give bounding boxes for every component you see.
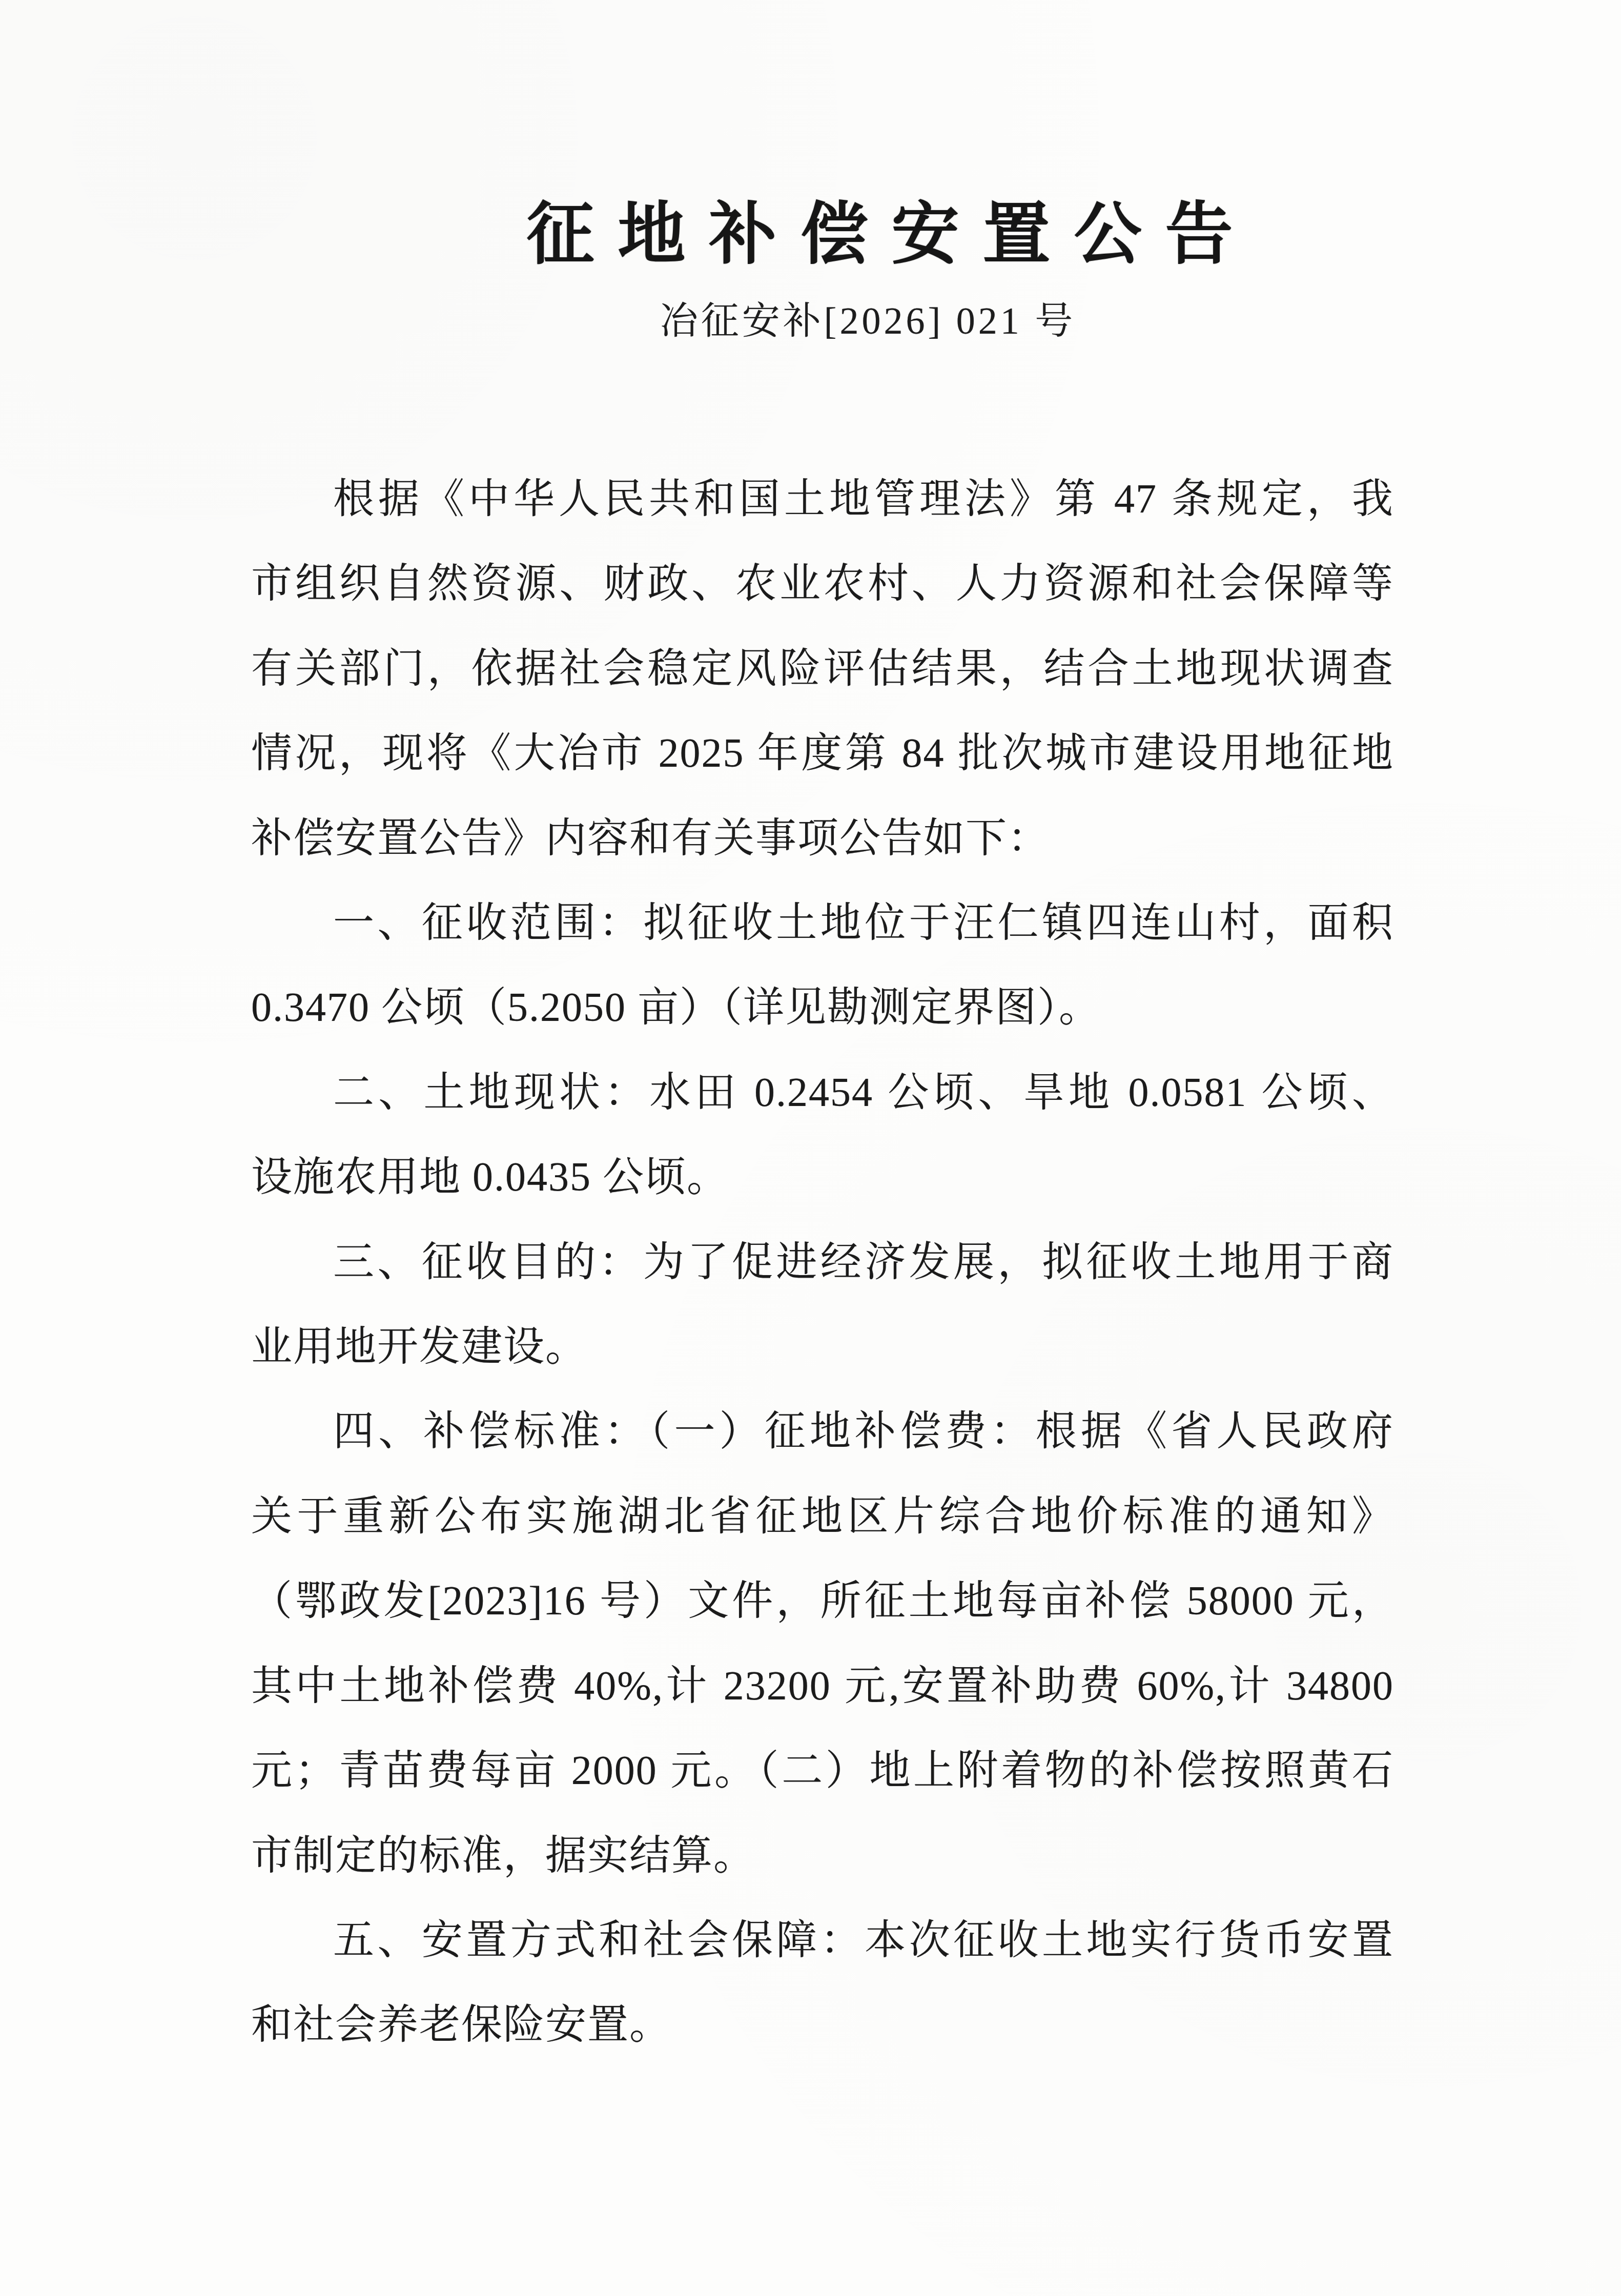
body-line-3: 有关部门，依据社会稳定风险评估结果，结合土地现状调查 [251,627,1394,711]
body-line-15: 其中土地补偿费 40%,计 23200 元,安置补助费 60%,计 34800 [251,1644,1394,1729]
body-line-8: 二、土地现状：水田 0.2454 公顷、旱地 0.0581 公顷、 [251,1051,1394,1135]
body-line-2: 市组织自然资源、财政、农业农村、人力资源和社会保障等 [251,542,1394,626]
body-line-18: 五、安置方式和社会保障：本次征收土地实行货币安置 [251,1898,1394,1983]
body-line-12: 四、补偿标准：（一）征地补偿费：根据《省人民政府 [251,1389,1394,1474]
body-line-14: （鄂政发[2023]16 号）文件，所征土地每亩补偿 58000 元， [251,1559,1394,1644]
document-number-text: 冶征安补[2026] 021 号 [660,293,1076,350]
body-line-1: 根据《中华人民共和国土地管理法》第 47 条规定，我 [251,457,1394,542]
body-line-16: 元；青苗费每亩 2000 元。（二）地上附着物的补偿按照黄石 [251,1729,1394,1813]
body-line-5: 补偿安置公告》内容和有关事项公告如下： [251,796,1394,881]
body-line-6: 一、征收范围：拟征收土地位于汪仁镇四连山村，面积 [251,881,1394,966]
document-body: 根据《中华人民共和国土地管理法》第 47 条规定，我 市组织自然资源、财政、农业… [251,457,1394,2068]
body-line-9: 设施农用地 0.0435 公顷。 [251,1135,1394,1220]
document-title: 征地补偿安置公告 [0,186,1621,283]
body-line-13: 关于重新公布实施湖北省征地区片综合地价标准的通知》 [251,1474,1394,1559]
document-title-text: 征地补偿安置公告 [527,186,1257,283]
body-line-19: 和社会养老保险安置。 [251,1983,1394,2067]
body-line-11: 业用地开发建设。 [251,1305,1394,1389]
body-line-10: 三、征收目的：为了促进经济发展，拟征收土地用于商 [251,1220,1394,1305]
body-line-4: 情况，现将《大冶市 2025 年度第 84 批次城市建设用地征地 [251,711,1394,796]
scanned-document-page: 征地补偿安置公告 冶征安补[2026] 021 号 根据《中华人民共和国土地管理… [0,0,1621,2296]
body-line-17: 市制定的标准，据实结算。 [251,1814,1394,1898]
body-line-7: 0.3470 公顷（5.2050 亩）（详见勘测定界图）。 [251,966,1394,1050]
document-number: 冶征安补[2026] 021 号 [0,293,1621,350]
